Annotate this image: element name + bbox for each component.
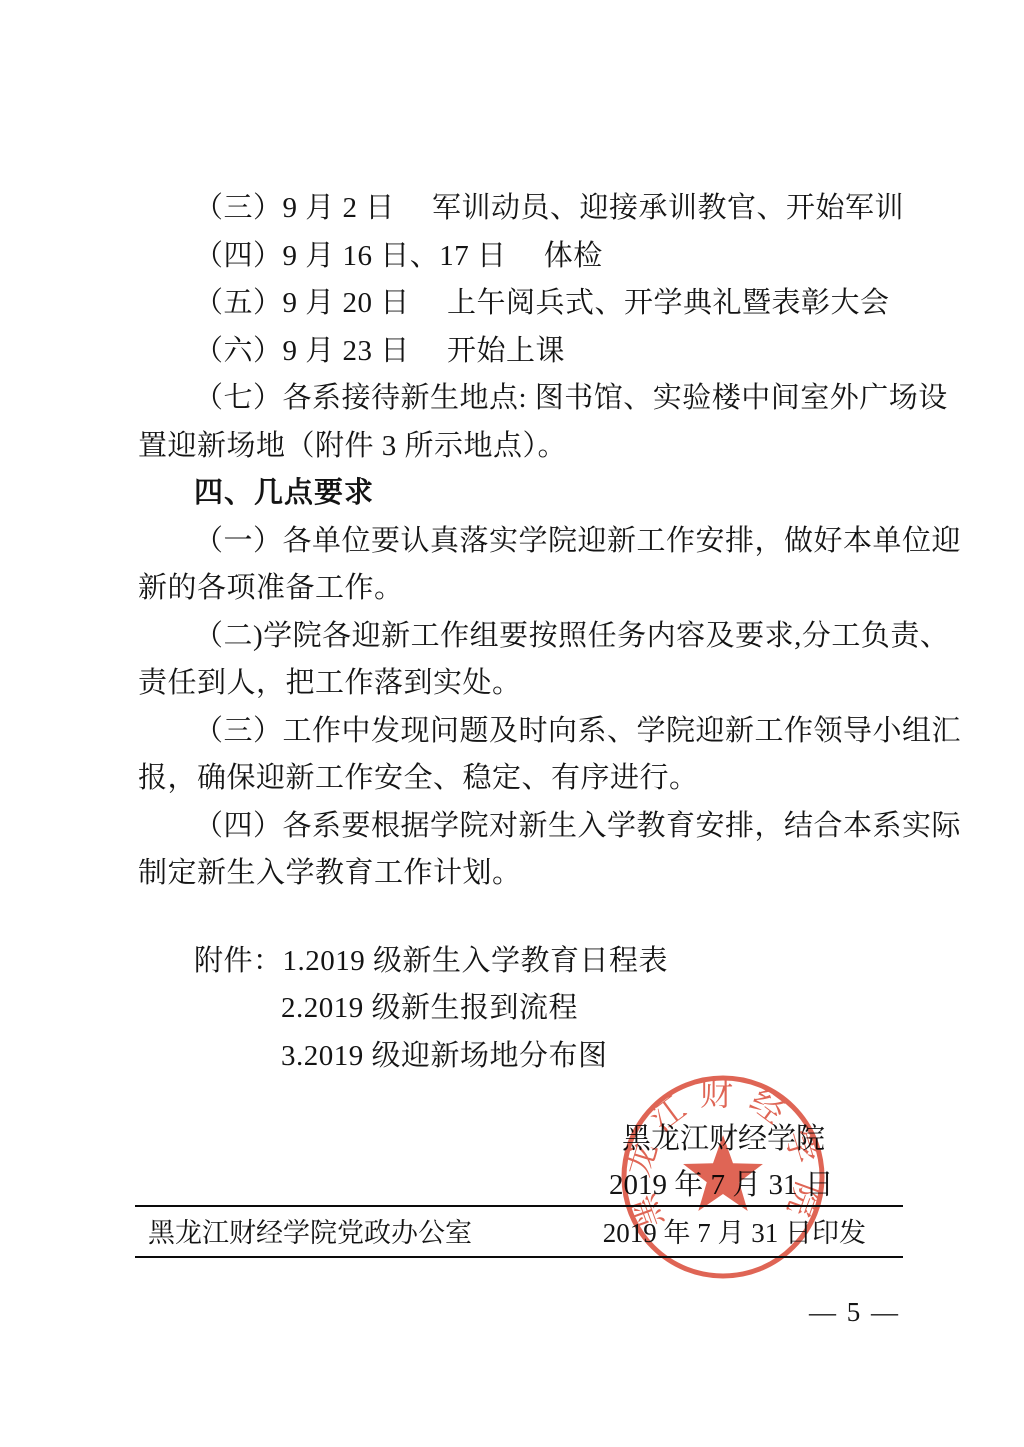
page-number: — 5 —	[809, 1292, 900, 1332]
body-line: 责任到人，把工作落到实处。	[138, 659, 522, 707]
footer-rule-bottom	[135, 1256, 903, 1258]
body-line: （七）各系接待新生地点: 图书馆、实验楼中间室外广场设	[194, 374, 948, 422]
body-line: 置迎新场地（附件 3 所示地点）。	[138, 422, 567, 470]
footer-rule-top	[135, 1205, 903, 1207]
attachment-line: 3.2019 级迎新场地分布图	[281, 1032, 608, 1080]
signature-date: 2019 年 7 月 31 日	[609, 1161, 834, 1209]
attachment-label-line: 附件：1.2019 级新生入学教育日程表	[194, 937, 668, 985]
attachment-line: 2.2019 级新生报到流程	[281, 984, 578, 1032]
body-line: 制定新生入学教育工作计划。	[138, 849, 522, 897]
footer-office: 黑龙江财经学院党政办公室	[148, 1210, 472, 1257]
body-line: （五）9 月 20 日 上午阅兵式、开学典礼暨表彰大会	[194, 279, 890, 327]
body-line: 报，确保迎新工作安全、稳定、有序进行。	[138, 754, 699, 802]
signature-org: 黑龙江财经学院	[622, 1115, 825, 1163]
body-line: （六）9 月 23 日 开始上课	[194, 327, 565, 375]
body-line: （二)学院各迎新工作组要按照任务内容及要求,分工负责、	[194, 612, 949, 660]
body-line: （三）工作中发现问题及时向系、学院迎新工作领导小组汇	[194, 707, 961, 755]
section-heading: 四、几点要求	[194, 469, 374, 517]
body-line: （四）各系要根据学院对新生入学教育安排，结合本系实际	[194, 802, 961, 850]
body-line: （四）9 月 16 日、17 日 体检	[194, 232, 603, 280]
body-line: （三）9 月 2 日 军训动员、迎接承训教官、开始军训	[194, 184, 904, 232]
document-page: （三）9 月 2 日 军训动员、迎接承训教官、开始军训 （四）9 月 16 日、…	[0, 0, 1024, 1447]
footer-print-date: 2019 年 7 月 31 日印发	[603, 1210, 866, 1257]
body-line: （一）各单位要认真落实学院迎新工作安排，做好本单位迎	[194, 517, 961, 565]
body-line: 新的各项准备工作。	[138, 564, 404, 612]
